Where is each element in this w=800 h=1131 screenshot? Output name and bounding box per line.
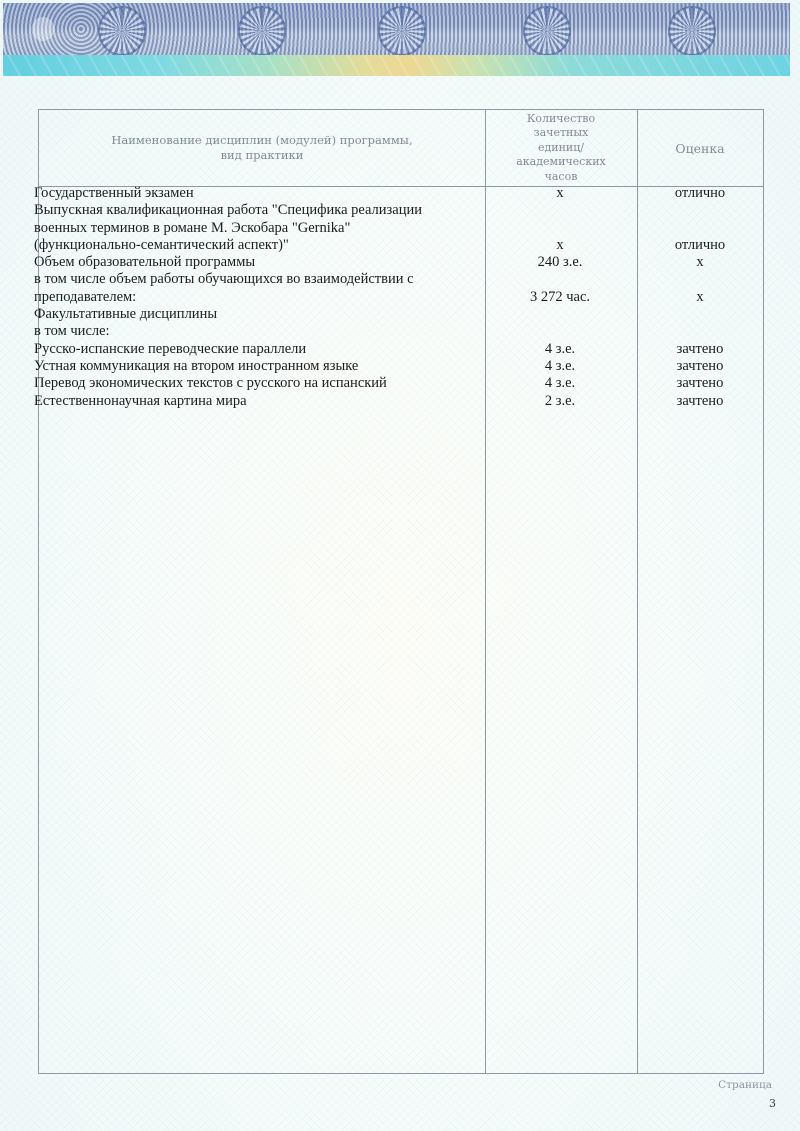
credit-units: x	[484, 237, 636, 254]
discipline-name: Факультативные дисциплины в том числе:	[34, 306, 484, 341]
table-row: Устная коммуникация на втором иностранно…	[0, 358, 800, 375]
grade: x	[636, 289, 764, 306]
page-label: Страница	[718, 1079, 772, 1091]
discipline-name: Естественнонаучная картина мира	[34, 393, 484, 410]
grade: зачтено	[636, 375, 764, 392]
guilloche-pattern	[3, 3, 790, 55]
decorative-guilloche-band	[3, 3, 790, 76]
discipline-name: Перевод экономических текстов с русского…	[34, 375, 484, 392]
table-body: Государственный экзаменxотличноВыпускная…	[0, 185, 800, 410]
table-row: Русско-испанские переводческие параллели…	[0, 341, 800, 358]
rosette-ornament	[378, 6, 426, 56]
grade: отлично	[636, 185, 764, 202]
credit-units: 4 з.е.	[484, 341, 636, 358]
grade: зачтено	[636, 358, 764, 375]
header-credit-units: Количество зачетных единиц/ академически…	[485, 110, 637, 186]
grade: отлично	[636, 237, 764, 254]
rosette-ornament	[668, 6, 716, 56]
color-gradient-strip	[3, 55, 790, 76]
discipline-name: Выпускная квалификационная работа "Специ…	[34, 202, 484, 254]
rosette-ornament	[238, 6, 286, 56]
credit-units: x	[484, 185, 636, 202]
grade: x	[636, 254, 764, 271]
credit-units: 4 з.е.	[484, 358, 636, 375]
table-row: в том числе объем работы обучающихся во …	[0, 271, 800, 306]
credit-units: 3 272 час.	[484, 289, 636, 306]
header-grade: Оценка	[637, 110, 763, 186]
table-row: Государственный экзаменxотлично	[0, 185, 800, 202]
header-discipline: Наименование дисциплин (модулей) програм…	[39, 110, 485, 186]
table-row: Факультативные дисциплины в том числе:	[0, 306, 800, 341]
discipline-name: Русско-испанские переводческие параллели	[34, 341, 484, 358]
discipline-name: Объем образовательной программы	[34, 254, 484, 271]
table-row: Выпускная квалификационная работа "Специ…	[0, 202, 800, 254]
credit-units: 240 з.е.	[484, 254, 636, 271]
table-row: Естественнонаучная картина мира2 з.е.зач…	[0, 393, 800, 410]
credit-units: 2 з.е.	[484, 393, 636, 410]
table-row: Перевод экономических текстов с русского…	[0, 375, 800, 392]
rosette-ornament	[98, 6, 146, 56]
grade: зачтено	[636, 341, 764, 358]
grade: зачтено	[636, 393, 764, 410]
discipline-name: в том числе объем работы обучающихся во …	[34, 271, 484, 306]
credit-units: 4 з.е.	[484, 375, 636, 392]
discipline-name: Устная коммуникация на втором иностранно…	[34, 358, 484, 375]
rosette-ornament	[523, 6, 571, 56]
discipline-name: Государственный экзамен	[34, 185, 484, 202]
page-number: 3	[769, 1097, 776, 1110]
table-row: Объем образовательной программы240 з.е.x	[0, 254, 800, 271]
